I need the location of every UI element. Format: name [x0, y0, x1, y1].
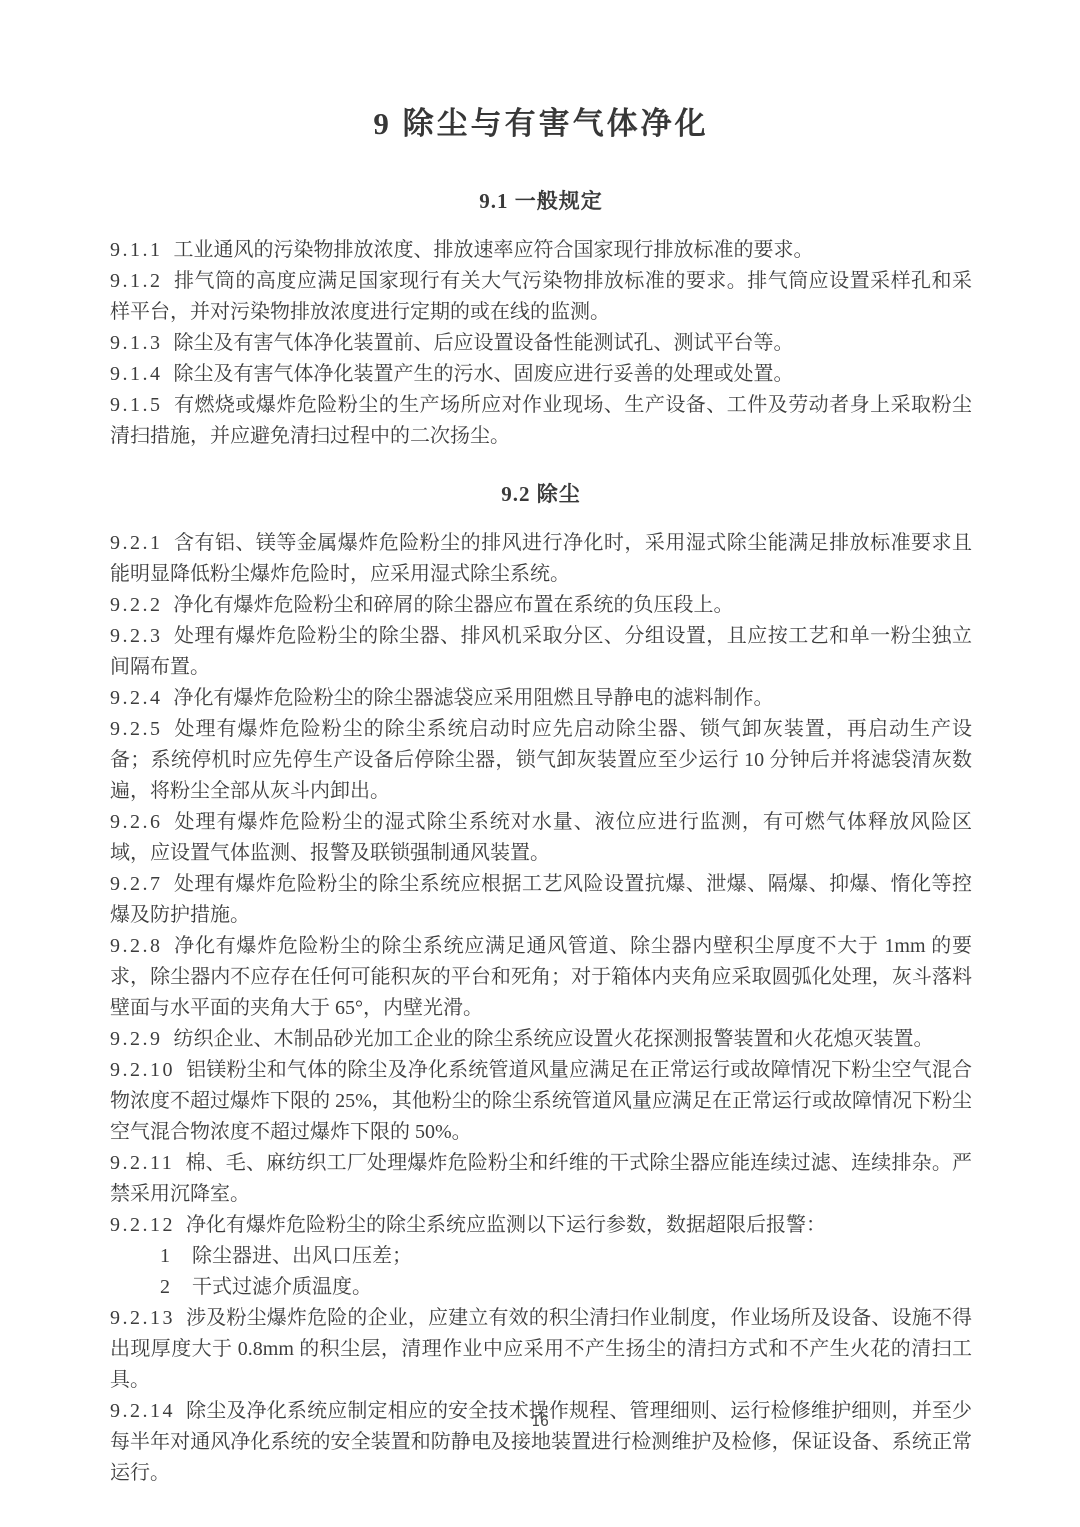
clause-text: 除尘及有害气体净化装置产生的污水、固废应进行妥善的处理或处置。 — [174, 363, 794, 385]
subclause-text: 除尘器进、出风口压差； — [192, 1245, 412, 1267]
document-title: 9 除尘与有害气体净化 — [110, 98, 972, 143]
clause-9-2-9: 9.2.9纺织企业、木制品砂光加工企业的除尘系统应设置火花探测报警装置和火花熄灭… — [110, 1024, 972, 1055]
clause-text: 排气筒的高度应满足国家现行有关大气污染物排放标准的要求。排气筒应设置采样孔和采样… — [110, 270, 972, 323]
clause-text: 净化有爆炸危险粉尘的除尘器滤袋应采用阻燃且导静电的滤料制作。 — [174, 687, 774, 709]
clause-number: 9.1.5 — [110, 394, 163, 416]
clause-9-2-6: 9.2.6处理有爆炸危险粉尘的湿式除尘系统对水量、液位应进行监测，有可燃气体释放… — [110, 807, 972, 869]
clause-text: 含有铝、镁等金属爆炸危险粉尘的排风进行净化时，采用湿式除尘能满足排放标准要求且能… — [110, 532, 972, 585]
clause-text: 处理有爆炸危险粉尘的除尘器、排风机采取分区、分组设置，且应按工艺和单一粉尘独立间… — [110, 625, 972, 678]
clause-9-2-2: 9.2.2净化有爆炸危险粉尘和碎屑的除尘器应布置在系统的负压段上。 — [110, 590, 972, 621]
clause-text: 有燃烧或爆炸危险粉尘的生产场所应对作业现场、生产设备、工件及劳动者身上采取粉尘清… — [110, 394, 972, 447]
clause-number: 9.2.5 — [110, 718, 163, 740]
clause-9-2-7: 9.2.7处理有爆炸危险粉尘的除尘系统应根据工艺风险设置抗爆、泄爆、隔爆、抑爆、… — [110, 869, 972, 931]
clause-text: 处理有爆炸危险粉尘的除尘系统启动时应先启动除尘器、锁气卸灰装置，再启动生产设备；… — [110, 718, 972, 802]
clause-9-2-13: 9.2.13涉及粉尘爆炸危险的企业，应建立有效的积尘清扫作业制度，作业场所及设备… — [110, 1303, 972, 1396]
clause-text: 处理有爆炸危险粉尘的湿式除尘系统对水量、液位应进行监测，有可燃气体释放风险区域，… — [110, 811, 972, 864]
clause-text: 净化有爆炸危险粉尘的除尘系统应监测以下运行参数，数据超限后报警： — [186, 1214, 826, 1236]
clause-number: 9.2.3 — [110, 625, 163, 647]
clause-9-1-5: 9.1.5有燃烧或爆炸危险粉尘的生产场所应对作业现场、生产设备、工件及劳动者身上… — [110, 390, 972, 452]
clause-9-2-10: 9.2.10铝镁粉尘和气体的除尘及净化系统管道风量应满足在正常运行或故障情况下粉… — [110, 1055, 972, 1148]
section-heading-9-2: 9.2 除尘 — [110, 478, 972, 508]
clause-text: 纺织企业、木制品砂光加工企业的除尘系统应设置火花探测报警装置和火花熄灭装置。 — [174, 1028, 934, 1050]
document-page: 9 除尘与有害气体净化 9.1 一般规定 9.1.1工业通风的污染物排放浓度、排… — [0, 0, 1080, 1527]
clause-text: 工业通风的污染物排放浓度、排放速率应符合国家现行排放标准的要求。 — [174, 239, 814, 261]
clause-number: 9.2.13 — [110, 1307, 175, 1329]
clause-text: 棉、毛、麻纺织工厂处理爆炸危险粉尘和纤维的干式除尘器应能连续过滤、连续排杂。严禁… — [110, 1152, 972, 1205]
clause-9-1-4: 9.1.4除尘及有害气体净化装置产生的污水、固废应进行妥善的处理或处置。 — [110, 359, 972, 390]
clause-9-2-3: 9.2.3处理有爆炸危险粉尘的除尘器、排风机采取分区、分组设置，且应按工艺和单一… — [110, 621, 972, 683]
subclause-number: 2 — [160, 1276, 170, 1298]
clause-number: 9.1.1 — [110, 239, 163, 261]
clause-9-1-1: 9.1.1工业通风的污染物排放浓度、排放速率应符合国家现行排放标准的要求。 — [110, 235, 972, 266]
clause-number: 9.1.2 — [110, 270, 163, 292]
clause-number: 9.1.3 — [110, 332, 163, 354]
clause-number: 9.2.7 — [110, 873, 163, 895]
subclause-text: 干式过滤介质温度。 — [192, 1276, 372, 1298]
subclause-9-2-12-1: 1除尘器进、出风口压差； — [110, 1241, 972, 1272]
subclause-9-2-12-2: 2干式过滤介质温度。 — [110, 1272, 972, 1303]
clause-number: 9.2.9 — [110, 1028, 163, 1050]
clause-text: 处理有爆炸危险粉尘的除尘系统应根据工艺风险设置抗爆、泄爆、隔爆、抑爆、惰化等控爆… — [110, 873, 972, 926]
clause-9-1-2: 9.1.2排气筒的高度应满足国家现行有关大气污染物排放标准的要求。排气筒应设置采… — [110, 266, 972, 328]
clause-number: 9.2.2 — [110, 594, 163, 616]
clause-text: 净化有爆炸危险粉尘和碎屑的除尘器应布置在系统的负压段上。 — [174, 594, 734, 616]
clause-text: 除尘及有害气体净化装置前、后应设置设备性能测试孔、测试平台等。 — [174, 332, 794, 354]
clause-number: 9.1.4 — [110, 363, 163, 385]
clause-text: 涉及粉尘爆炸危险的企业，应建立有效的积尘清扫作业制度，作业场所及设备、设施不得出… — [110, 1307, 972, 1391]
clause-9-2-4: 9.2.4净化有爆炸危险粉尘的除尘器滤袋应采用阻燃且导静电的滤料制作。 — [110, 683, 972, 714]
clause-9-2-12: 9.2.12净化有爆炸危险粉尘的除尘系统应监测以下运行参数，数据超限后报警： — [110, 1210, 972, 1241]
clause-number: 9.2.11 — [110, 1152, 174, 1174]
clause-9-2-8: 9.2.8净化有爆炸危险粉尘的除尘系统应满足通风管道、除尘器内壁积尘厚度不大于 … — [110, 931, 972, 1024]
clause-number: 9.2.8 — [110, 935, 163, 957]
clause-number: 9.2.10 — [110, 1059, 175, 1081]
clause-number: 9.2.4 — [110, 687, 163, 709]
clause-9-2-5: 9.2.5处理有爆炸危险粉尘的除尘系统启动时应先启动除尘器、锁气卸灰装置，再启动… — [110, 714, 972, 807]
clause-9-2-1: 9.2.1含有铝、镁等金属爆炸危险粉尘的排风进行净化时，采用湿式除尘能满足排放标… — [110, 528, 972, 590]
clause-text: 铝镁粉尘和气体的除尘及净化系统管道风量应满足在正常运行或故障情况下粉尘空气混合物… — [110, 1059, 972, 1143]
clause-9-2-11: 9.2.11棉、毛、麻纺织工厂处理爆炸危险粉尘和纤维的干式除尘器应能连续过滤、连… — [110, 1148, 972, 1210]
clause-number: 9.2.1 — [110, 532, 163, 554]
clause-number: 9.2.12 — [110, 1214, 175, 1236]
subclause-number: 1 — [160, 1245, 170, 1267]
page-number: 16 — [0, 1412, 1080, 1430]
section-heading-9-1: 9.1 一般规定 — [110, 185, 972, 215]
clause-text: 净化有爆炸危险粉尘的除尘系统应满足通风管道、除尘器内壁积尘厚度不大于 1mm 的… — [110, 935, 972, 1019]
clause-9-2-14: 9.2.14除尘及净化系统应制定相应的安全技术操作规程、管理细则、运行检修维护细… — [110, 1396, 972, 1489]
clause-number: 9.2.6 — [110, 811, 163, 833]
clause-9-1-3: 9.1.3除尘及有害气体净化装置前、后应设置设备性能测试孔、测试平台等。 — [110, 328, 972, 359]
